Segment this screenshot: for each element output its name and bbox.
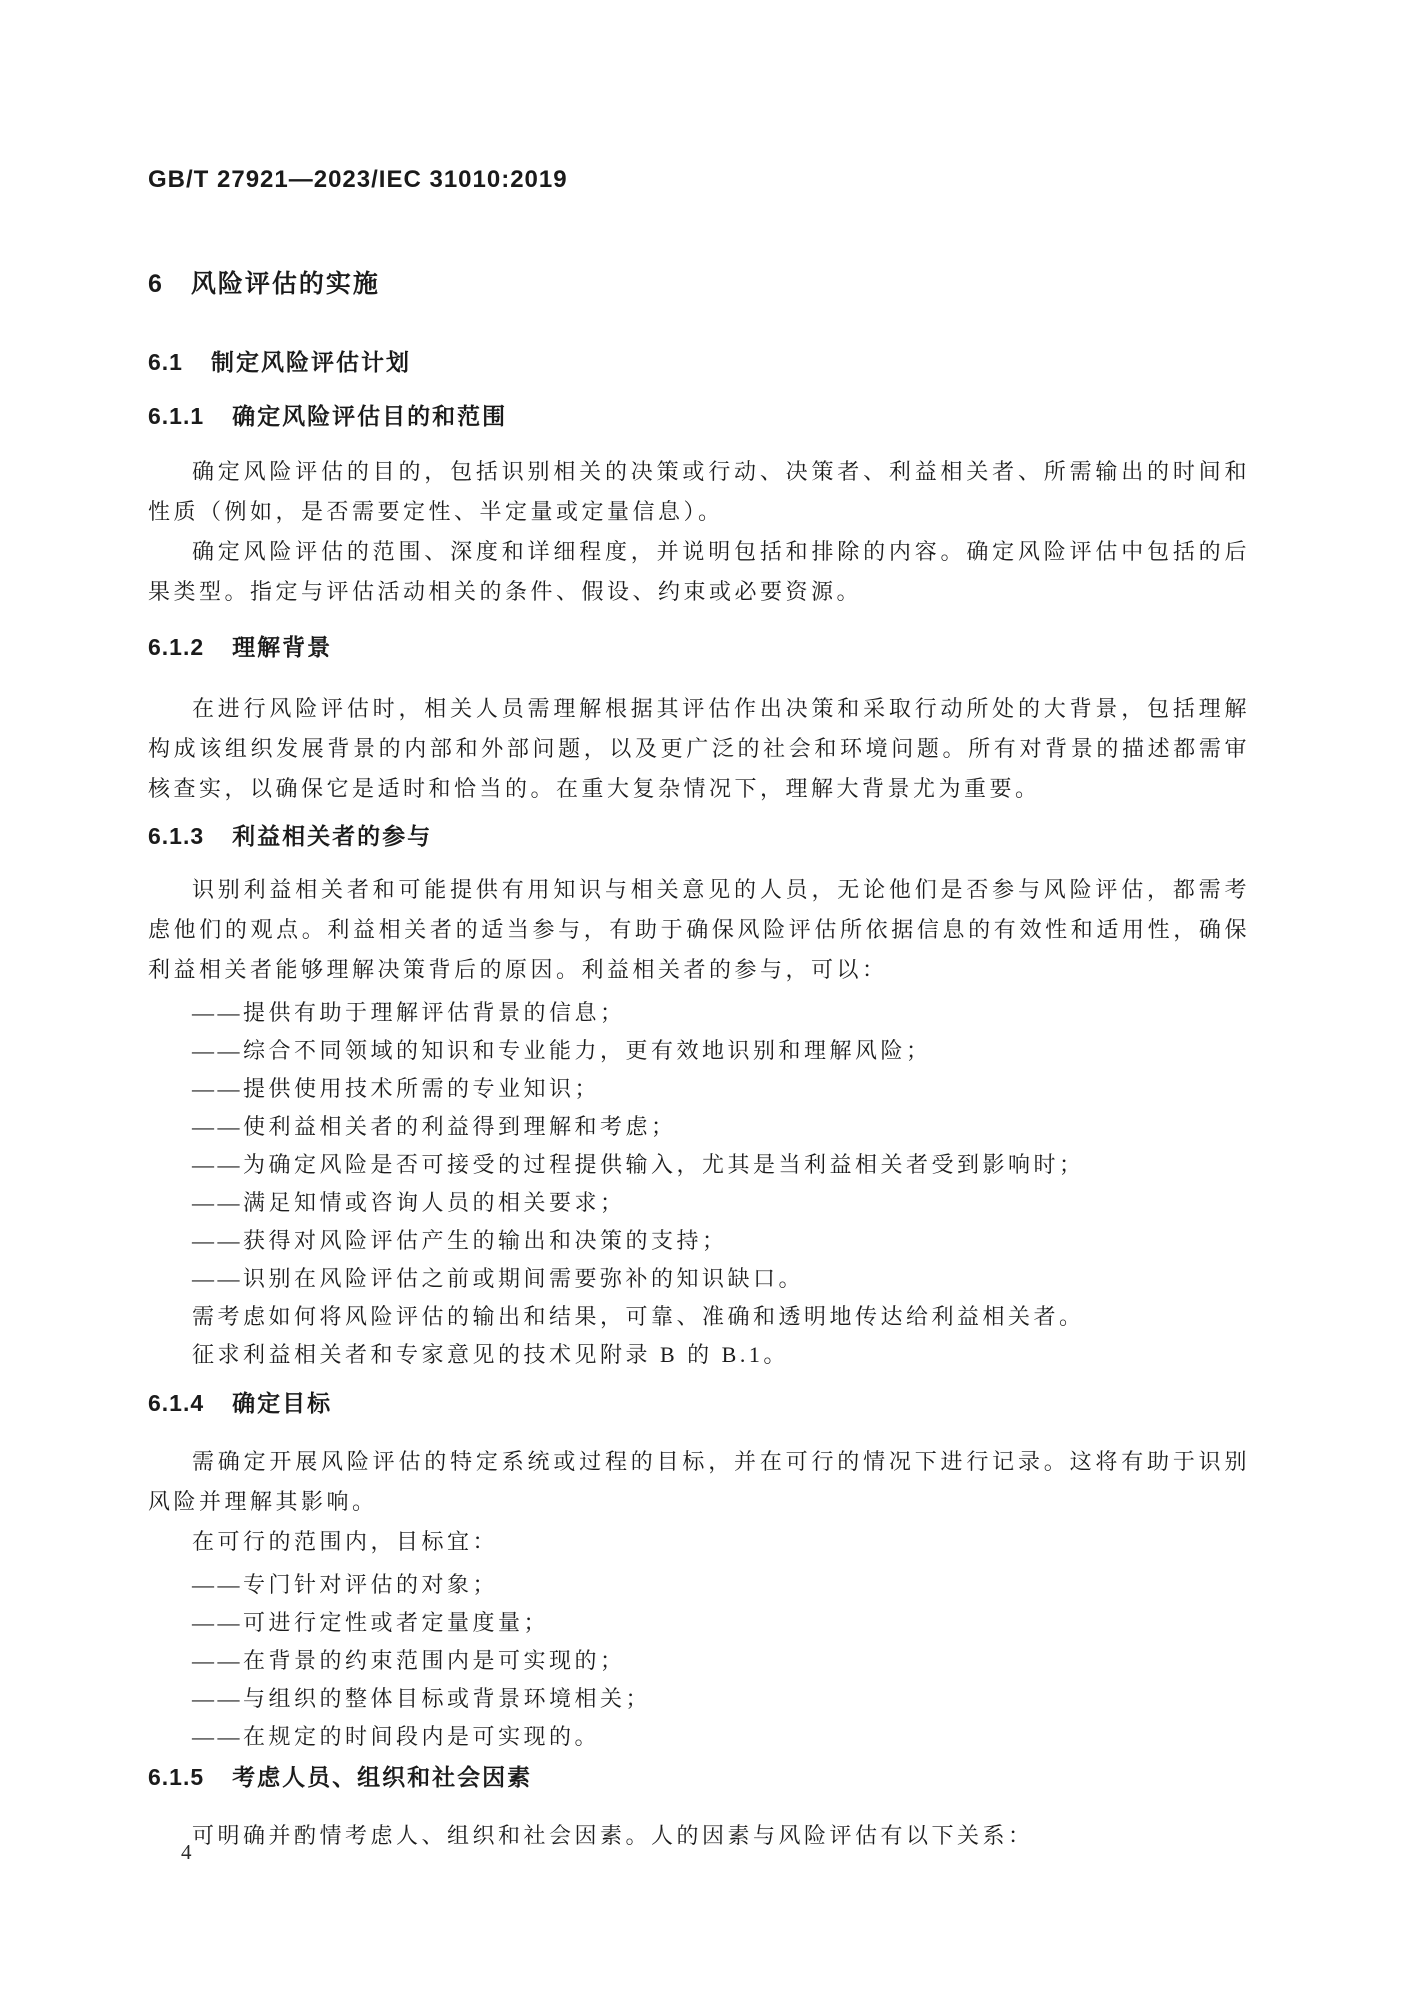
list-item: ——可进行定性或者定量度量； [148, 1604, 1250, 1642]
list-item: ——提供使用技术所需的专业知识； [148, 1070, 1250, 1108]
list-item: ——提供有助于理解评估背景的信息； [148, 994, 1250, 1032]
list-item: ——获得对风险评估产生的输出和决策的支持； [148, 1222, 1250, 1260]
section-6-1-4-number: 6.1.4 [148, 1390, 204, 1416]
paragraph: 征求利益相关者和专家意见的技术见附录 B 的 B.1。 [148, 1336, 1250, 1374]
content-area: GB/T 27921—2023/IEC 31010:2019 6风险评估的实施 … [0, 0, 1414, 1856]
section-6-1-3-heading: 6.1.3利益相关者的参与 [148, 821, 1250, 851]
section-6-1-3-title: 利益相关者的参与 [232, 823, 432, 849]
section-6-heading: 6风险评估的实施 [148, 268, 1250, 300]
list-item: ——专门针对评估的对象； [148, 1566, 1250, 1604]
paragraph: 确定风险评估的目的，包括识别相关的决策或行动、决策者、利益相关者、所需输出的时间… [148, 452, 1250, 532]
paragraph: 识别利益相关者和可能提供有用知识与相关意见的人员，无论他们是否参与风险评估，都需… [148, 870, 1250, 990]
section-6-1-5-number: 6.1.5 [148, 1764, 204, 1790]
document-page: GB/T 27921—2023/IEC 31010:2019 6风险评估的实施 … [0, 0, 1414, 2000]
section-6-1-5-title: 考虑人员、组织和社会因素 [232, 1764, 532, 1790]
section-6-number: 6 [148, 270, 163, 298]
list-item: ——与组织的整体目标或背景环境相关； [148, 1680, 1250, 1718]
section-6-1-5-heading: 6.1.5考虑人员、组织和社会因素 [148, 1762, 1250, 1792]
section-6-1-title: 制定风险评估计划 [211, 349, 411, 375]
section-6-1-2-title: 理解背景 [232, 634, 332, 660]
section-6-1-1-title: 确定风险评估目的和范围 [232, 403, 507, 429]
list-item: ——识别在风险评估之前或期间需要弥补的知识缺口。 [148, 1260, 1250, 1298]
page-number: 4 [181, 1840, 192, 1865]
section-6-1-1-number: 6.1.1 [148, 403, 204, 429]
section-6-1-2-number: 6.1.2 [148, 634, 204, 660]
dash-list: ——专门针对评估的对象； ——可进行定性或者定量度量； ——在背景的约束范围内是… [148, 1566, 1250, 1756]
list-item: ——使利益相关者的利益得到理解和考虑； [148, 1108, 1250, 1146]
section-6-1-4-title: 确定目标 [232, 1390, 332, 1416]
standard-code-header: GB/T 27921—2023/IEC 31010:2019 [148, 0, 1250, 194]
section-6-1-3-number: 6.1.3 [148, 823, 204, 849]
section-6-1-number: 6.1 [148, 349, 183, 375]
section-6-1-2-heading: 6.1.2理解背景 [148, 632, 1250, 662]
dash-list: ——提供有助于理解评估背景的信息； ——综合不同领域的知识和专业能力，更有效地识… [148, 994, 1250, 1298]
list-item: ——在规定的时间段内是可实现的。 [148, 1718, 1250, 1756]
list-item: ——满足知情或咨询人员的相关要求； [148, 1184, 1250, 1222]
paragraph: 需确定开展风险评估的特定系统或过程的目标，并在可行的情况下进行记录。这将有助于识… [148, 1442, 1250, 1522]
paragraph: 在可行的范围内，目标宜： [148, 1522, 1250, 1562]
paragraph: 可明确并酌情考虑人、组织和社会因素。人的因素与风险评估有以下关系： [148, 1816, 1250, 1856]
section-6-1-4-heading: 6.1.4确定目标 [148, 1388, 1250, 1418]
section-6-1-heading: 6.1制定风险评估计划 [148, 347, 1250, 377]
paragraph: 在进行风险评估时，相关人员需理解根据其评估作出决策和采取行动所处的大背景，包括理… [148, 689, 1250, 809]
list-item: ——为确定风险是否可接受的过程提供输入，尤其是当利益相关者受到影响时； [148, 1146, 1250, 1184]
list-item: ——在背景的约束范围内是可实现的； [148, 1642, 1250, 1680]
section-6-1-1-heading: 6.1.1确定风险评估目的和范围 [148, 401, 1250, 431]
section-6-title: 风险评估的实施 [191, 270, 380, 298]
paragraph: 确定风险评估的范围、深度和详细程度，并说明包括和排除的内容。确定风险评估中包括的… [148, 532, 1250, 612]
paragraph: 需考虑如何将风险评估的输出和结果，可靠、准确和透明地传达给利益相关者。 [148, 1298, 1250, 1336]
list-item: ——综合不同领域的知识和专业能力，更有效地识别和理解风险； [148, 1032, 1250, 1070]
